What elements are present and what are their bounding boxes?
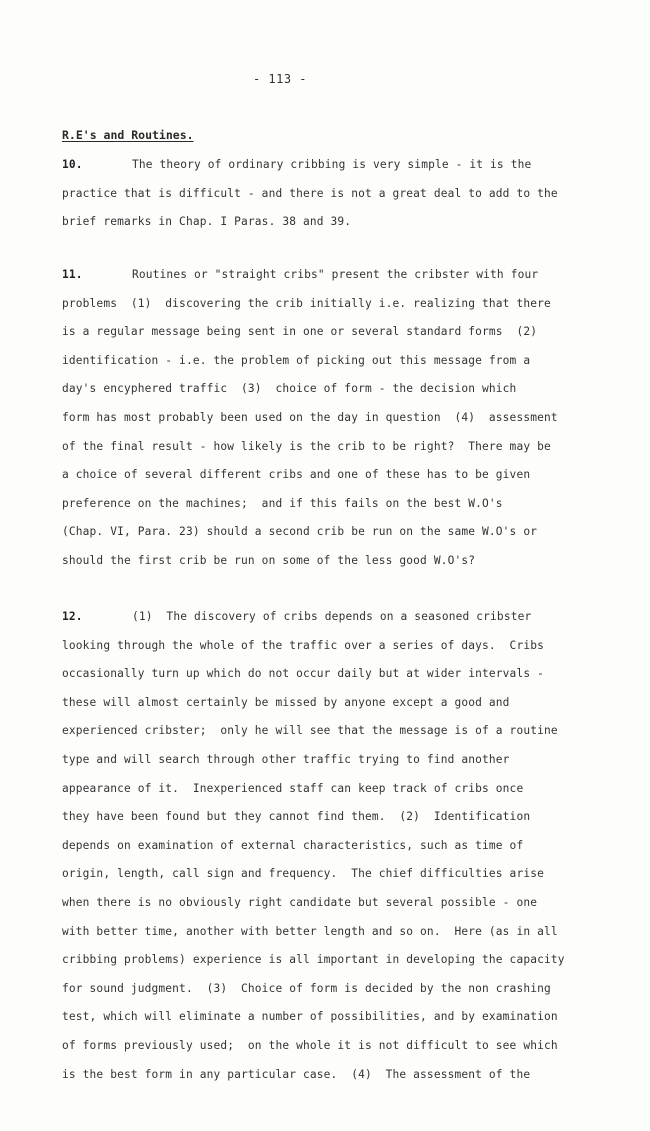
text-line: with better time, another with better le… — [62, 925, 558, 939]
text-line: (Chap. VI, Para. 23) should a second cri… — [62, 525, 537, 539]
text-line: for sound judgment. (3) Choice of form i… — [62, 982, 551, 996]
paragraph-first-line: Routines or "straight cribs" present the… — [132, 268, 538, 282]
text-line: is a regular message being sent in one o… — [62, 325, 537, 339]
text-line: test, which will eliminate a number of p… — [62, 1010, 558, 1024]
page-number: - 113 - — [0, 72, 560, 86]
text-line: brief remarks in Chap. I Paras. 38 and 3… — [62, 215, 351, 229]
text-line: experienced cribster; only he will see t… — [62, 724, 558, 738]
text-line: looking through the whole of the traffic… — [62, 639, 544, 653]
text-line: when there is no obviously right candida… — [62, 896, 537, 910]
text-line: day's encyphered traffic (3) choice of f… — [62, 382, 516, 396]
text-line: form has most probably been used on the … — [62, 411, 558, 425]
text-line: origin, length, call sign and frequency.… — [62, 867, 544, 881]
text-line: of the final result - how likely is the … — [62, 440, 551, 454]
paragraph-first-line: (1) The discovery of cribs depends on a … — [132, 610, 531, 624]
text-line: 12.(1) The discovery of cribs depends on… — [62, 610, 83, 624]
text-line: a choice of several different cribs and … — [62, 468, 530, 482]
text-line: 10.The theory of ordinary cribbing is ve… — [62, 158, 83, 172]
document-page: - 113 - R.E's and Routines. 10.The theor… — [0, 0, 650, 1131]
text-line: preference on the machines; and if this … — [62, 497, 503, 511]
paragraph-number: 10. — [62, 158, 83, 171]
text-line: identification - i.e. the problem of pic… — [62, 354, 530, 368]
text-line: 11.Routines or "straight cribs" present … — [62, 268, 83, 282]
section-heading: R.E's and Routines. — [62, 128, 194, 142]
text-line: problems (1) discovering the crib initia… — [62, 297, 551, 311]
text-line: cribbing problems) experience is all imp… — [62, 953, 565, 967]
text-line: practice that is difficult - and there i… — [62, 187, 558, 201]
text-line: is the best form in any particular case.… — [62, 1068, 530, 1082]
text-line: these will almost certainly be missed by… — [62, 696, 510, 710]
paragraph-number: 11. — [62, 268, 83, 281]
text-line: occasionally turn up which do not occur … — [62, 667, 544, 681]
paragraph-first-line: The theory of ordinary cribbing is very … — [132, 158, 531, 172]
text-line: appearance of it. Inexperienced staff ca… — [62, 782, 523, 796]
text-line: depends on examination of external chara… — [62, 839, 523, 853]
text-line: they have been found but they cannot fin… — [62, 810, 530, 824]
text-line: should the first crib be run on some of … — [62, 554, 475, 568]
text-line: of forms previously used; on the whole i… — [62, 1039, 558, 1053]
paragraph-number: 12. — [62, 610, 83, 623]
text-line: type and will search through other traff… — [62, 753, 510, 767]
